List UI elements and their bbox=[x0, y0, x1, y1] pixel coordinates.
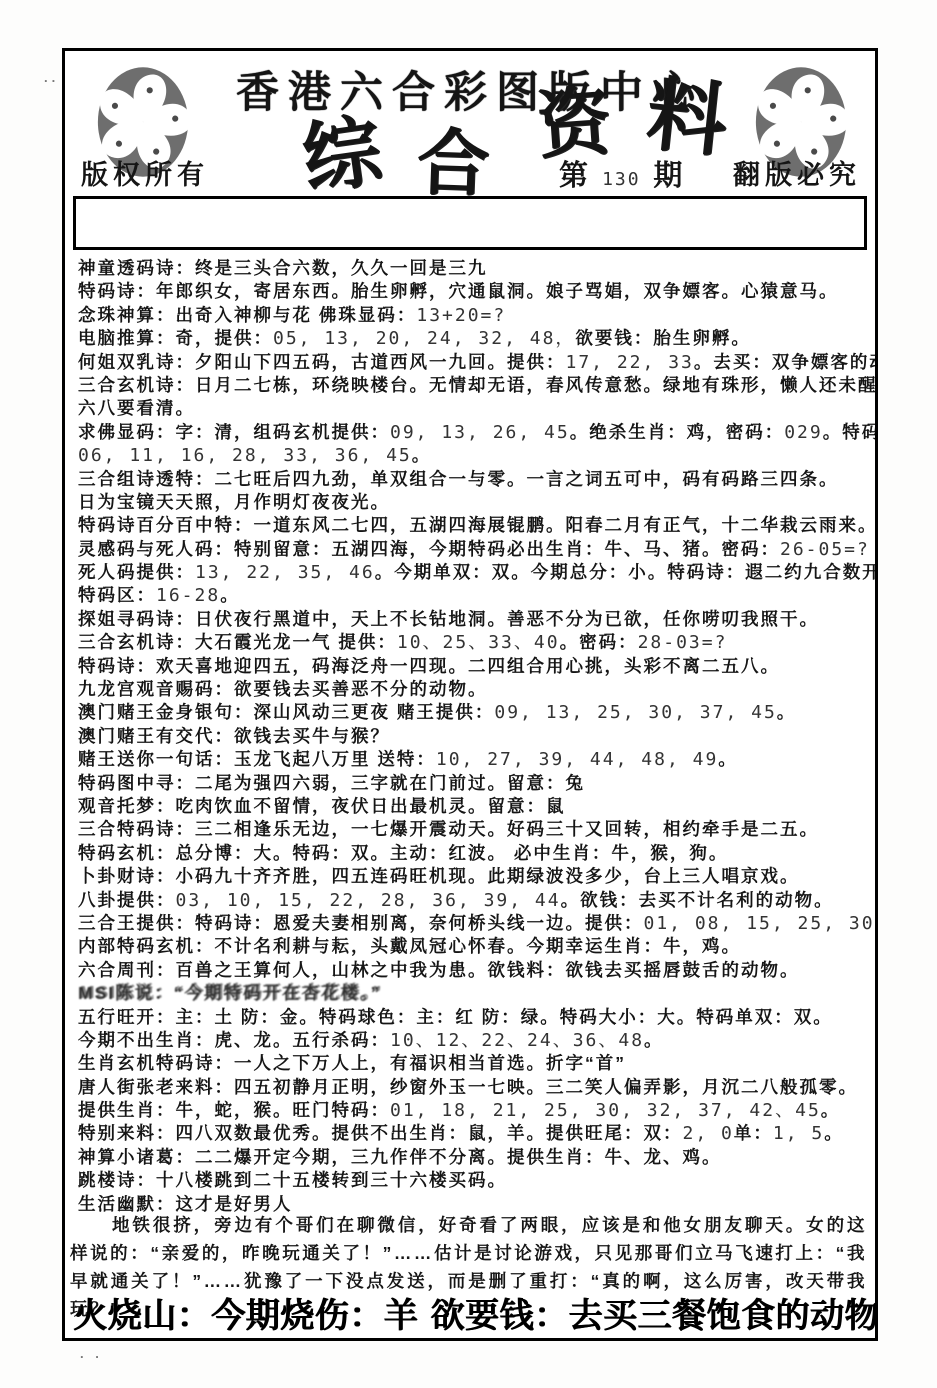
tip-line: 今期不出生肖：虎、龙。五行杀码：10、12、22、24、36、48。 bbox=[78, 1029, 869, 1052]
tip-line: 求佛显码：字：清，组码玄机提供：09, 13, 26, 45。绝杀生肖：鸡，密码… bbox=[78, 421, 869, 444]
main-title-char: 资 bbox=[535, 85, 614, 164]
tip-line: 生肖玄机特码诗：一人之下万人上，有福识相当首选。折字“首” bbox=[78, 1052, 869, 1075]
header: 香港六合彩图版中心 综合资料 第 130 期 版权所有 翻版必究 bbox=[65, 51, 875, 199]
tip-line: 电脑推算：奇，提供：05, 13, 20, 24, 32, 48，欲要钱：胎生卵… bbox=[78, 327, 869, 350]
tip-line: 特码区：16-28。 bbox=[78, 584, 869, 607]
tip-line: 三合玄机诗：大石霞光龙一气 提供：10、25、33、40。密码：28-03=? bbox=[78, 631, 869, 654]
tip-line: 特别来料：四八双数最优秀。提供不出生肖：鼠，羊。提供旺尾：双：2, 0单：1, … bbox=[78, 1122, 869, 1145]
tip-line: 灵感码与死人码：特别留意：五湖四海，今期特码必出生肖：牛、马、猪。密码：26-0… bbox=[78, 538, 869, 561]
tip-line: 神童透码诗：终是三头合六数，久久一回是三九 bbox=[78, 257, 869, 280]
tip-line: 三合王提供：特码诗：恩爱夫妻相别离，奈何桥头线一边。提供：01, 08, 15,… bbox=[78, 912, 869, 935]
tip-line: MSI陈说：“今期特码开在杏花楼。” bbox=[78, 982, 869, 1005]
tip-line: 念珠神算：出奇入神柳与花 佛珠显码：13+20=? bbox=[78, 304, 869, 327]
tip-line: 特码图中寻：二尾为强四六弱，三字就在门前过。留意：兔 bbox=[78, 772, 869, 795]
tip-line: 探姐寻码诗：日伏夜行黑道中，天上不长钻地洞。善恶不分为已欲，任你唠叨我照干。 bbox=[78, 608, 869, 631]
scanned-tip-sheet-page: .. bbox=[0, 0, 937, 1388]
tip-line: 特码诗百分百中特：一道东风二七四，五湖四海展锟鹏。阳春二月有正气，十二华栽云雨来… bbox=[78, 514, 869, 537]
tip-line: 五行旺开：主：土 防：金。特码球色：主：红 防：绿。特码大小：大。特码单双：双。 bbox=[78, 1006, 869, 1029]
tip-line: 特码诗：欢天喜地迎四五，码海泛舟一四现。二四组合用心挑，头彩不离二五八。 bbox=[78, 655, 869, 678]
tip-line: 神算小诸葛：二二爆开定今期，三九作伴不分离。提供生肖：牛、龙、鸡。 bbox=[78, 1146, 869, 1169]
tip-line: 赌王送你一句话：玉龙飞起八万里 送特：10, 27, 39, 44, 48, 4… bbox=[78, 748, 869, 771]
tip-line: 卜卦财诗：小码九十齐齐胜，四五连码旺机现。此期绿波没多少，台上三人唱京戏。 bbox=[78, 865, 869, 888]
issue-number: 第 130 期 bbox=[559, 153, 685, 194]
tip-line: 特码诗：年郎织女，寄居东西。胎生卵孵，穴通鼠洞。娘子骂娼，双争嫖客。心猿意马。 bbox=[78, 280, 869, 303]
tip-line: 死人码提供：13, 22, 35, 46。今期单双：双。今期总分：小。特码诗：遐… bbox=[78, 561, 869, 584]
scan-artifact-dots: .. bbox=[44, 70, 59, 85]
tip-line: 何姐双乳诗：夕阳山下四五码，古道西风一九回。提供：17, 22, 33。去买：双… bbox=[78, 351, 869, 374]
anti-piracy-stamp: 翻版必究 bbox=[733, 153, 861, 192]
tips-list: 神童透码诗：终是三头合六数，久久一回是三九特码诗：年郎织女，寄居东西。胎生卵孵，… bbox=[78, 257, 869, 1216]
footer-tip-line: 火烧山：今期烧伤：羊 欲要钱：去买三餐饱食的动物 bbox=[73, 1288, 869, 1337]
tip-line: 特码玄机：总分博：大。特码：双。主动：红波。 必中生肖：牛，猴，狗。 bbox=[78, 842, 869, 865]
scan-artifact-dots: . . bbox=[80, 1346, 103, 1361]
tip-line: 九龙宫观音赐码：欲要钱去买善恶不分的动物。 bbox=[78, 678, 869, 701]
tip-line: 六八要看清。 bbox=[78, 397, 869, 420]
tip-line: 观音托梦：吃肉饮血不留情，夜伏日出最机灵。留意：鼠 bbox=[78, 795, 869, 818]
tip-line: 三合特码诗：三二相逢乐无边，一七爆开震动天。好码三十又回转，相约牵手是二五。 bbox=[78, 818, 869, 841]
copyright-stamp: 版权所有 bbox=[81, 153, 209, 192]
tip-line: 八卦提供：03, 10, 15, 22, 28, 36, 39, 44。欲钱：去… bbox=[78, 889, 869, 912]
tip-line: 三合玄机诗：日月二七栋，环绕映楼台。无情却无语，春风传意愁。绿地有珠形，懒人还未… bbox=[78, 374, 869, 397]
tip-line: 六合周刊：百兽之王算何人，山林之中我为患。欲钱料：欲钱去买摇唇鼓舌的动物。 bbox=[78, 959, 869, 982]
tip-line: 唐人街张老来料：四五初静月正明，纱窗外玉一七映。三二笑人偏弄影，月沉二八般孤零。 bbox=[78, 1076, 869, 1099]
tip-line: 06, 11, 16, 28, 33, 36, 45。 bbox=[78, 444, 869, 467]
tip-line: 澳门赌王金身银句：深山风动三更夜 赌王提供：09, 13, 25, 30, 37… bbox=[78, 701, 869, 724]
main-title-char: 合 bbox=[416, 126, 490, 200]
sheet-border: 香港六合彩图版中心 综合资料 第 130 期 版权所有 翻版必究 神童透码诗：终… bbox=[62, 48, 878, 1341]
main-title-char: 综 bbox=[298, 112, 386, 200]
main-title-char: 料 bbox=[643, 73, 731, 161]
tip-line: 提供生肖：牛，蛇，猴。旺门特码：01, 18, 21, 25, 30, 32, … bbox=[78, 1099, 869, 1122]
tip-line: 内部特码玄机：不计名利耕与耘，头戴凤冠心怀春。今期幸运生肖：牛，鸡。 bbox=[78, 935, 869, 958]
tip-line: 日为宝镜天天照，月作明灯夜夜光。 bbox=[78, 491, 869, 514]
tip-line: 三合组诗透特：二七旺后四九劲，单双组合一与零。一言之词五可中，码有码路三四条。 bbox=[78, 468, 869, 491]
tip-line: 澳门赌王有交代：欲钱去买牛与猴？ bbox=[78, 725, 869, 748]
empty-notice-box bbox=[73, 196, 867, 250]
tip-line: 跳楼诗：十八楼跳到二十五楼转到三十六楼买码。 bbox=[78, 1169, 869, 1192]
